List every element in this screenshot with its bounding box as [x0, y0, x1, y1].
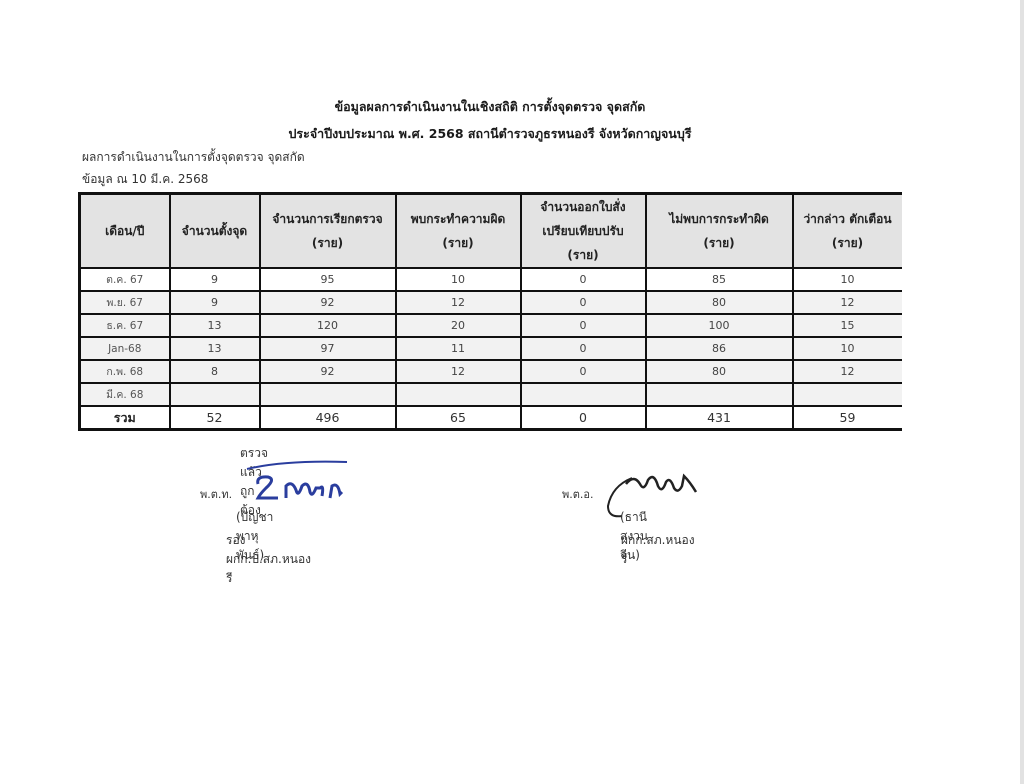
cell-inspections: 120 — [260, 314, 396, 337]
cell-warnings: 10 — [793, 268, 902, 291]
total-label: รวม — [80, 406, 170, 430]
cell-inspections: 92 — [260, 360, 396, 383]
column-header-text: จำนวนการเรียกตรวจ — [261, 207, 395, 231]
as-of-date: ข้อมูล ณ 10 มี.ค. 2568 — [82, 170, 208, 189]
column-header-text: เปรียบเทียบปรับ — [522, 219, 645, 243]
cell-inspections: 97 — [260, 337, 396, 360]
cell-checkpoints: 13 — [170, 314, 260, 337]
column-header-text: จำนวนตั้งจุด — [171, 219, 259, 243]
handwritten-signature-left-icon — [252, 472, 352, 504]
column-header-offenses: พบกระทำความผิด(ราย) — [396, 194, 521, 269]
cell-tickets: 0 — [521, 268, 646, 291]
cell-month: ต.ค. 67 — [80, 268, 170, 291]
table-row: ก.พ. 688921208012 — [80, 360, 902, 383]
cell-month: ก.พ. 68 — [80, 360, 170, 383]
table-total-row: รวม5249665043159 — [80, 406, 902, 430]
cell-no-offense: 86 — [646, 337, 793, 360]
cell-month: ธ.ค. 67 — [80, 314, 170, 337]
handwritten-signature-right-icon — [604, 468, 704, 520]
cell-tickets: 0 — [521, 291, 646, 314]
column-header-text: (ราย) — [397, 231, 520, 255]
total-no-offense: 431 — [646, 406, 793, 430]
cell-no-offense: 80 — [646, 360, 793, 383]
column-header-text: (ราย) — [522, 243, 645, 267]
table-row: Jan-6813971108610 — [80, 337, 902, 360]
total-offenses: 65 — [396, 406, 521, 430]
column-header-text: (ราย) — [261, 231, 395, 255]
cell-offenses — [396, 383, 521, 406]
cell-no-offense: 85 — [646, 268, 793, 291]
table-row: มี.ค. 68 — [80, 383, 902, 406]
cell-offenses: 10 — [396, 268, 521, 291]
cell-no-offense: 100 — [646, 314, 793, 337]
cell-no-offense: 80 — [646, 291, 793, 314]
column-header-text: ไม่พบการกระทำผิด — [647, 207, 792, 231]
checkpoint-stats-table: เดือน/ปีจำนวนตั้งจุดจำนวนการเรียกตรวจ(รา… — [78, 192, 902, 431]
column-header-text: ว่ากล่าว ตักเตือน — [794, 207, 902, 231]
column-header-checkpoints: จำนวนตั้งจุด — [170, 194, 260, 269]
document-title: ข้อมูลผลการดำเนินงานในเชิงสถิติ การตั้งจ… — [0, 97, 980, 117]
cell-tickets — [521, 383, 646, 406]
cell-checkpoints — [170, 383, 260, 406]
column-header-inspections: จำนวนการเรียกตรวจ(ราย) — [260, 194, 396, 269]
cell-inspections: 95 — [260, 268, 396, 291]
table-row: พ.ย. 679921208012 — [80, 291, 902, 314]
cell-offenses: 20 — [396, 314, 521, 337]
cell-checkpoints: 9 — [170, 268, 260, 291]
column-header-text: พบกระทำความผิด — [397, 207, 520, 231]
cell-inspections — [260, 383, 396, 406]
cell-checkpoints: 13 — [170, 337, 260, 360]
cell-tickets: 0 — [521, 360, 646, 383]
cell-offenses: 11 — [396, 337, 521, 360]
signer-rank-right: พ.ต.อ. — [562, 485, 594, 503]
cell-warnings — [793, 383, 902, 406]
column-header-no-offense: ไม่พบการกระทำผิด(ราย) — [646, 194, 793, 269]
section-label: ผลการดำเนินงานในการตั้งจุดตรวจ จุดสกัด — [82, 148, 305, 167]
cell-warnings: 10 — [793, 337, 902, 360]
document-subtitle-fiscal-year: ประจำปีงบประมาณ พ.ศ. 2568 สถานีตำรวจภูธร… — [0, 124, 980, 144]
table-row: ต.ค. 679951008510 — [80, 268, 902, 291]
total-tickets: 0 — [521, 406, 646, 430]
column-header-text: จำนวนออกใบสั่ง — [522, 195, 645, 219]
cell-offenses: 12 — [396, 291, 521, 314]
total-warnings: 59 — [793, 406, 902, 430]
cell-tickets: 0 — [521, 337, 646, 360]
cell-warnings: 12 — [793, 291, 902, 314]
total-checkpoints: 52 — [170, 406, 260, 430]
total-inspections: 496 — [260, 406, 396, 430]
cell-tickets: 0 — [521, 314, 646, 337]
cell-offenses: 12 — [396, 360, 521, 383]
cell-month: พ.ย. 67 — [80, 291, 170, 314]
page-edge-strip — [1020, 0, 1024, 784]
cell-month: Jan-68 — [80, 337, 170, 360]
column-header-month: เดือน/ปี — [80, 194, 170, 269]
column-header-warnings: ว่ากล่าว ตักเตือน(ราย) — [793, 194, 902, 269]
cell-warnings: 12 — [793, 360, 902, 383]
signer-rank-left: พ.ต.ท. — [200, 485, 232, 503]
signer-position-left: รอง ผกก.ป.สภ.หนองรี — [226, 531, 311, 588]
signer-position-right: ผกก.สภ.หนองรี — [621, 531, 695, 569]
column-header-tickets: จำนวนออกใบสั่งเปรียบเทียบปรับ(ราย) — [521, 194, 646, 269]
cell-month: มี.ค. 68 — [80, 383, 170, 406]
column-header-text: เดือน/ปี — [81, 219, 169, 243]
table-header-row: เดือน/ปีจำนวนตั้งจุดจำนวนการเรียกตรวจ(รา… — [80, 194, 902, 269]
verification-underline-icon — [245, 458, 350, 472]
cell-checkpoints: 9 — [170, 291, 260, 314]
column-header-text: (ราย) — [647, 231, 792, 255]
column-header-text: (ราย) — [794, 231, 902, 255]
cell-inspections: 92 — [260, 291, 396, 314]
table-row: ธ.ค. 671312020010015 — [80, 314, 902, 337]
cell-no-offense — [646, 383, 793, 406]
cell-warnings: 15 — [793, 314, 902, 337]
cell-checkpoints: 8 — [170, 360, 260, 383]
